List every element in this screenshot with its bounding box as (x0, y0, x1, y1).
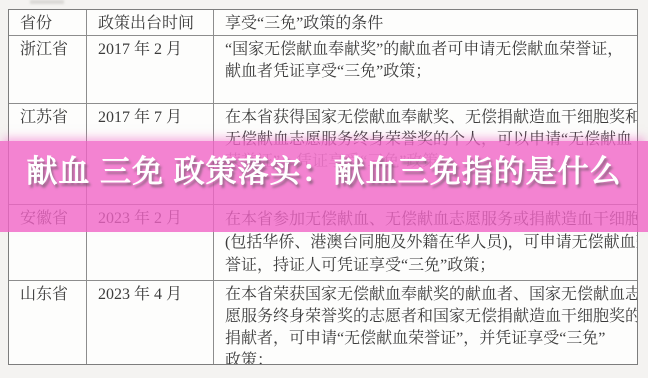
condition-line: (包括华侨、港澳台同胞及外籍在华人员)，可申请无偿献血荣 (225, 231, 631, 254)
condition-cell: 在本省荣获国家无偿献血奉献奖的献血者、国家无偿献血志 愿服务终身荣誉奖的志愿者和… (214, 281, 637, 364)
header-cell-condition: 享受“三免”政策的条件 (214, 10, 637, 36)
condition-line: “国家无偿献血奉献奖”的献血者可申请无偿献血荣誉证， (225, 39, 631, 61)
condition-line: 誉证，持证人可凭证享受“三免”政策； (225, 254, 631, 277)
condition-line: 捐献者，可申请“无偿献血荣誉证”，并凭证享受“三免” (225, 328, 631, 350)
header-cell-date: 政策出台时间 (87, 10, 214, 36)
condition-cell: “国家无偿献血奉献奖”的献血者可申请无偿献血荣誉证， 献血者凭证享受“三免”政策… (214, 36, 637, 104)
header-cell-province: 省份 (9, 10, 87, 36)
article-image: 省份 政策出台时间 享受“三免”政策的条件 浙江省 2017 年 2 月 “国家… (0, 0, 648, 378)
condition-line: 献血者凭证享受“三免”政策； (225, 61, 631, 83)
date-cell: 2023 年 4 月 (87, 281, 214, 364)
condition-line: 政策； (225, 350, 631, 364)
cropped-text-artifact (30, 0, 64, 4)
date-cell: 2017 年 2 月 (87, 36, 214, 104)
condition-line: 愿服务终身荣誉奖的志愿者和国家无偿捐献造血干细胞奖的 (225, 306, 631, 328)
overlay-title: 献血 三免 政策落实：献血三免指的是什么 (0, 149, 648, 194)
condition-line: 在本省获得国家无偿献血奉献奖、无偿捐献造血干细胞奖和 (225, 107, 631, 129)
province-cell: 山东省 (9, 281, 87, 364)
condition-line: 在本省荣获国家无偿献血奉献奖的献血者、国家无偿献血志 (225, 284, 631, 306)
province-cell: 浙江省 (9, 36, 87, 104)
